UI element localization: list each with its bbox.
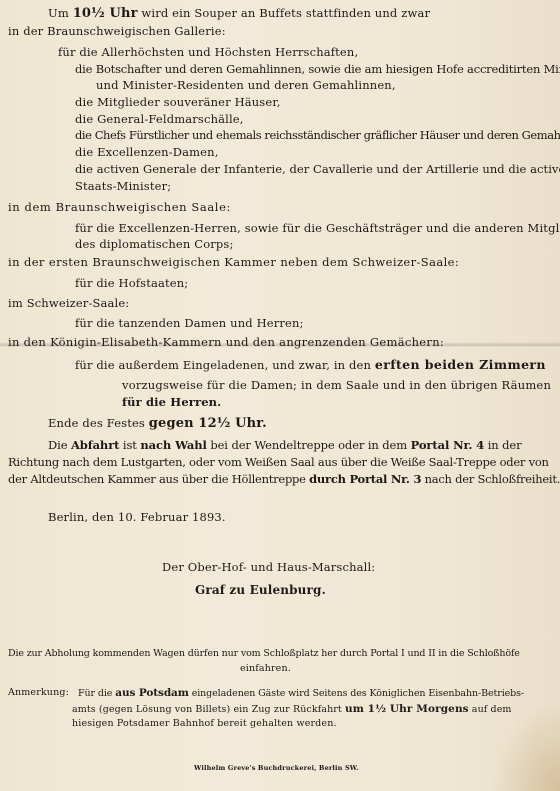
saal-line: des diplomatischen Corps; <box>75 237 234 251</box>
intro-suffix: wird ein Souper an Buffets stattfinden u… <box>138 6 431 20</box>
remark-line: hiesigen Potsdamer Bahnhof bereit gehalt… <box>72 717 337 731</box>
end-time: gegen 12½ Uhr. <box>149 416 267 431</box>
elisabeth-line-text: für die außerdem Eingeladenen, und zwar,… <box>75 358 371 372</box>
printer-imprint: Wilhelm Greve's Buchdruckerei, Berlin SW… <box>194 761 359 775</box>
departure-line: der Altdeutschen Kammer aus über die Höl… <box>8 472 560 486</box>
first-rooms-emphasis: erften beiden Zimmern <box>375 357 546 372</box>
gallerie-line: die Excellenzen-Damen, <box>75 145 219 159</box>
souper-intro: Um 10½ Uhr wird ein Souper an Buffets st… <box>48 6 430 21</box>
gallerie-line: die Botschafter und deren Gemahlinnen, s… <box>75 62 560 76</box>
elisabeth-line: für die Herren. <box>122 395 221 409</box>
choice-emphasis: nach Wahl <box>140 438 206 452</box>
portal-3-emphasis: durch Portal Nr. 3 <box>309 472 421 486</box>
gallerie-line: die Mitglieder souveräner Häuser, <box>75 95 281 109</box>
saal-line: für die Excellenzen-Herren, sowie für di… <box>75 221 560 235</box>
remark-line: amts (gegen Lösung von Billets) ein Zug … <box>72 702 512 717</box>
location-heading-gallerie: in der Braunschweigischen Gallerie: <box>8 24 226 38</box>
location-heading-elisabeth: in den Königin-Elisabeth-Kammern und den… <box>8 335 444 349</box>
gallerie-line: die activen Generale der Infanterie, der… <box>75 162 560 176</box>
souper-time: 10½ Uhr <box>73 6 138 21</box>
elisabeth-line: vorzugsweise für die Damen; in dem Saale… <box>122 378 551 392</box>
remark-label: Anmerkung: <box>8 686 69 700</box>
signature-title: Der Ober-Hof- und Haus-Marschall: <box>162 560 375 574</box>
elisabeth-line: für die außerdem Eingeladenen, und zwar,… <box>75 358 546 372</box>
text: bei der Wendeltreppe oder in dem <box>207 438 411 452</box>
gallerie-line: und Minister-Residenten und deren Gemahl… <box>96 78 396 92</box>
intro-prefix: Um <box>48 6 73 20</box>
text: nach der Schloßfreiheit. <box>421 472 560 486</box>
text: der Altdeutschen Kammer aus über die Höl… <box>8 472 309 486</box>
schweizer-line: für die tanzenden Damen und Herren; <box>75 316 304 330</box>
text: eingeladenen Gäste wird Seitens des Köni… <box>189 688 524 699</box>
remark-line: Für die aus Potsdam eingeladenen Gäste w… <box>78 686 524 701</box>
location-heading-schweizer: im Schweizer-Saale: <box>8 296 129 310</box>
end-of-fest: Ende des Festes gegen 12½ Uhr. <box>48 416 267 431</box>
train-time-emphasis: um 1½ Uhr Morgens <box>345 703 469 715</box>
carriage-note-line: einfahren. <box>240 662 291 676</box>
text: Die <box>48 438 71 452</box>
text: Für die <box>78 688 115 699</box>
potsdam-emphasis: aus Potsdam <box>115 687 189 699</box>
text: in der <box>484 438 521 452</box>
text: ist <box>119 438 140 452</box>
signature-name: Graf zu Eulenburg. <box>195 583 326 597</box>
document-page: Um 10½ Uhr wird ein Souper an Buffets st… <box>0 0 560 791</box>
text: auf dem <box>469 704 512 715</box>
location-heading-saal: in dem Braunschweigischen Saale: <box>8 200 231 214</box>
end-prefix: Ende des Festes <box>48 416 149 430</box>
gallerie-line: die Chefs Fürstlicher und ehemals reichs… <box>75 128 560 142</box>
text: amts (gegen Lösung von Billets) ein Zug … <box>72 704 345 715</box>
departure-emphasis: Abfahrt <box>71 438 119 452</box>
gallerie-line: für die Allerhöchsten und Höchsten Herrs… <box>58 45 358 59</box>
departure-line: Die Abfahrt ist nach Wahl bei der Wendel… <box>48 438 522 452</box>
gallerie-line: Staats-Minister; <box>75 179 171 193</box>
location-heading-kammer: in der ersten Braunschweigischen Kammer … <box>8 255 459 269</box>
portal-4-emphasis: Portal Nr. 4 <box>411 438 485 452</box>
departure-line: Richtung nach dem Lustgarten, oder vom W… <box>8 455 549 469</box>
date-line: Berlin, den 10. Februar 1893. <box>48 510 226 524</box>
carriage-note-line: Die zur Abholung kommenden Wagen dürfen … <box>8 647 520 661</box>
gallerie-line: die General-Feldmarschälle, <box>75 112 244 126</box>
kammer-line: für die Hofstaaten; <box>75 276 188 290</box>
